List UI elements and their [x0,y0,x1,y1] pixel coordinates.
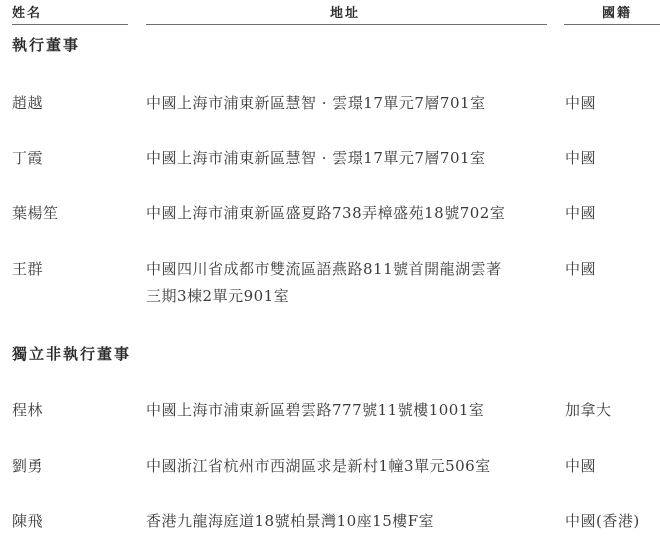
director-nationality: 中國 [565,453,596,480]
director-name: 趙越 [12,90,43,117]
section-title-independent-non-executive-directors: 獨立非執行董事 [12,343,131,364]
director-name: 劉勇 [12,453,43,480]
header-rule-address [146,24,547,25]
director-name: 丁霞 [12,145,43,172]
director-nationality: 加拿大 [565,397,612,424]
director-address: 香港九龍海庭道18號柏景灣10座15樓F室 [146,508,434,535]
director-address: 中國浙江省杭州市西湖區求是新村1幢3單元506室 [146,453,491,480]
director-name: 陳飛 [12,508,43,535]
header-rule-nationality [564,24,660,25]
header-rule-name [12,24,128,25]
director-address: 中國四川省成都市雙流區語燕路811號首開龍湖雲著 [146,256,502,283]
director-nationality: 中國 [565,256,596,283]
section-title-executive-directors: 執行董事 [12,34,80,55]
director-address: 中國上海市浦東新區慧智 · 雲璟17單元7層701室 [146,145,486,172]
column-header-name: 姓名 [12,2,42,21]
director-nationality: 中國 [565,90,596,117]
director-nationality: 中國(香港) [565,508,640,535]
director-nationality: 中國 [565,145,596,172]
director-name: 程林 [12,397,43,424]
column-header-address: 地址 [330,2,360,21]
director-address-line-2: 三期3棟2單元901室 [146,283,289,310]
director-address: 中國上海市浦東新區慧智 · 雲璟17單元7層701室 [146,90,486,117]
director-nationality: 中國 [565,200,596,227]
director-address: 中國上海市浦東新區盛夏路738弄樟盛苑18號702室 [146,200,505,227]
director-name: 葉楊笙 [12,200,59,227]
column-header-nationality: 國籍 [602,2,632,21]
director-address: 中國上海市浦東新區碧雲路777號11號樓1001室 [146,397,484,424]
director-name: 王群 [12,256,43,283]
